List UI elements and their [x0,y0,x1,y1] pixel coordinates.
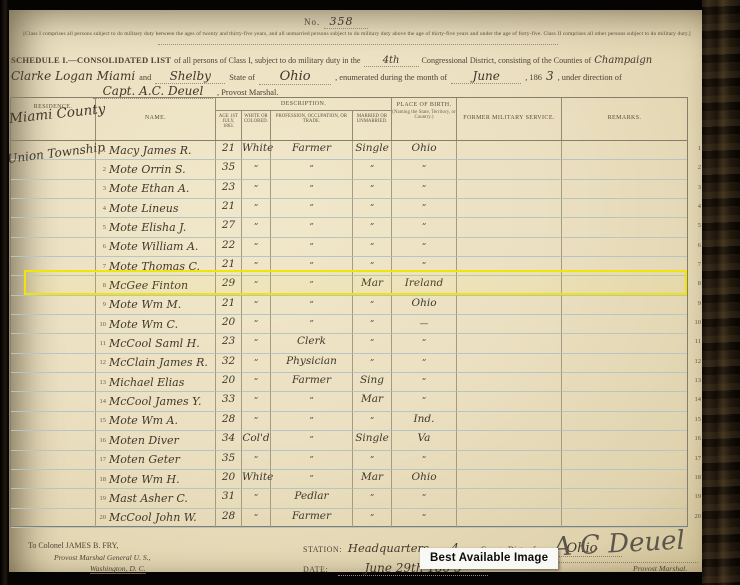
row-number-right: 2 [698,164,701,171]
age-cell: 28 [216,509,242,528]
married-cell: Single [353,431,392,450]
table-row: 17Moten Geter35””””17 [11,451,687,470]
profession-cell: ” [271,296,353,315]
birthplace-cell: ” [392,509,457,528]
row-number-left: 20 [97,514,106,521]
residence-cell [11,296,96,315]
profession-cell: Farmer [271,373,353,392]
table-row: 7Mote Thomas C.21””””7 [11,257,687,276]
married-cell: Mar [353,470,392,489]
age-cell: 20 [216,373,242,392]
row-number-left: 4 [97,205,106,212]
remarks-cell [562,160,687,179]
military-cell [457,489,562,508]
name-value: McCool John W. [109,512,197,523]
direction-label: , under direction of [558,73,622,82]
residence-cell [11,431,96,450]
birthplace-cell: Ohio [392,470,457,489]
color-cell: ” [242,276,271,295]
profession-cell: ” [271,160,353,179]
military-cell [457,334,562,353]
row-number-left: 15 [97,417,106,424]
married-cell: Mar [353,392,392,411]
schedule-line-2: Clarke Logan Miami and Shelby State of O… [11,69,705,85]
table-row: 10Mote Wm C.20”””—10 [11,315,687,334]
military-cell [457,451,562,470]
profession-cell: ” [271,412,353,431]
military-cell [457,276,562,295]
document-page: No. 358 [Class I comprises all persons s… [8,10,706,572]
signature-line [556,562,698,563]
name-value: McGee Finton [109,280,188,291]
married-cell: ” [353,199,392,218]
birthplace-cell: Ohio [392,141,457,160]
name-value: Mote Ethan A. [109,183,189,194]
form-number-value: 358 [324,15,368,29]
table-row: 9Mote Wm M.21”””Ohio9 [11,296,687,315]
name-cell: 11McCool Saml H. [96,334,216,353]
profession-cell: ” [271,180,353,199]
age-cell: 34 [216,431,242,450]
remarks-cell [562,141,687,160]
year-label: , 186 [525,73,542,82]
form-number-label: No. [304,17,320,27]
header-color: White or Colored. [242,111,271,140]
color-cell: ” [242,451,271,470]
age-cell: 35 [216,160,242,179]
district-value: 4th [364,55,419,67]
birthplace-cell: ” [392,257,457,276]
military-cell [457,199,562,218]
color-cell: ” [242,373,271,392]
color-cell: ” [242,296,271,315]
color-cell: ” [242,218,271,237]
row-number-right: 12 [695,358,702,365]
table-row: 15Mote Wm A.28”””Ind.15 [11,412,687,431]
name-cell: 10Mote Wm C. [96,315,216,334]
name-value: Michael Elias [109,377,184,388]
residence-cell [11,354,96,373]
remarks-cell [562,354,687,373]
name-cell: 17Moten Geter [96,451,216,470]
row-number-left: 5 [97,224,106,231]
remarks-cell [562,509,687,528]
best-available-image-badge: Best Available Image [420,548,558,569]
birthplace-cell: ” [392,451,457,470]
header-name: Name. [96,98,216,140]
name-value: Mote William A. [109,241,198,252]
counties-value-2: Clarke Logan Miami [11,69,135,83]
row-number-left: 10 [97,321,106,328]
married-cell: Single [353,141,392,160]
name-value: Mote Elisha J. [109,222,186,233]
dotted-separator [158,44,558,45]
row-number-right: 6 [698,242,701,249]
name-value: Mote Wm A. [109,415,178,426]
table-row: 2Mote Orrin S.35””””2 [11,160,687,179]
remarks-cell [562,257,687,276]
military-cell [457,218,562,237]
birthplace-cell: ” [392,354,457,373]
row-number-left: 7 [97,263,106,270]
row-number-left: 14 [97,398,106,405]
married-cell: ” [353,412,392,431]
birthplace-cell: ” [392,238,457,257]
name-cell: 4Mote Lineus [96,199,216,218]
residence-cell [11,451,96,470]
row-number-right: 14 [695,396,702,403]
age-cell: 20 [216,470,242,489]
table-row: 19Mast Asher C.31”Pedlar””19 [11,489,687,508]
name-cell: 12McClain James R. [96,354,216,373]
age-cell: 29 [216,276,242,295]
color-cell: ” [242,334,271,353]
age-cell: 21 [216,296,242,315]
military-cell [457,431,562,450]
counties-value-3: Shelby [155,69,225,84]
married-cell: ” [353,451,392,470]
counties-value-1: Champaign [594,55,652,66]
book-left-edge [0,0,9,585]
age-cell: 23 [216,180,242,199]
married-cell: ” [353,218,392,237]
birthplace-cell: ” [392,334,457,353]
name-value: Moten Geter [109,454,180,465]
name-cell: 8McGee Finton [96,276,216,295]
year-value: 3 [546,69,554,83]
residence-cell [11,392,96,411]
book-binding-edge [702,0,740,585]
color-cell: ” [242,160,271,179]
military-cell [457,470,562,489]
header-remarks: Remarks. [562,98,687,140]
table-row: 16Moten Diver34Col'd”SingleVa16 [11,431,687,450]
profession-cell: ” [271,238,353,257]
addressee-line-1: To Colonel JAMES B. FRY, [28,541,118,550]
name-cell: 7Mote Thomas C. [96,257,216,276]
table-row: 11McCool Saml H.23”Clerk””11 [11,334,687,353]
name-value: Mast Asher C. [109,493,188,504]
remarks-cell [562,180,687,199]
age-cell: 21 [216,199,242,218]
table-row: 20McCool John W.28”Farmer””20 [11,509,687,528]
row-number-left: 6 [97,243,106,250]
remarks-cell [562,470,687,489]
profession-cell: Clerk [271,334,353,353]
and-label: and [139,73,151,82]
married-cell: ” [353,296,392,315]
remarks-cell [562,373,687,392]
name-value: Mote Wm M. [109,299,181,310]
date-label: DATE: [303,565,328,574]
consolidated-list-table: Residence. Name. Description. Age 1st Ju… [10,97,688,527]
station-value: Headquarters [348,541,429,555]
profession-cell: ” [271,276,353,295]
row-number-left: 12 [97,359,106,366]
residence-cell [11,257,96,276]
age-cell: 31 [216,489,242,508]
color-cell: ” [242,180,271,199]
birthplace-cell: ” [392,373,457,392]
age-cell: 27 [216,218,242,237]
military-cell [457,315,562,334]
header-military: Former Military Service. [457,98,562,140]
residence-cell [11,470,96,489]
profession-cell: Pedlar [271,489,353,508]
table-row: 5Mote Elisha J.27””””5 [11,218,687,237]
married-cell: ” [353,489,392,508]
row-number-left: 2 [97,166,106,173]
military-cell [457,141,562,160]
row-number-right: 11 [695,338,701,345]
residence-cell [11,489,96,508]
remarks-cell [562,276,687,295]
military-cell [457,509,562,528]
military-cell [457,392,562,411]
table-row: 14McCool James Y.33””Mar”14 [11,392,687,411]
profession-cell: ” [271,431,353,450]
age-cell: 22 [216,238,242,257]
name-value: Mote Thomas C. [109,261,200,272]
birthplace-cell: ” [392,199,457,218]
remarks-cell [562,392,687,411]
row-number-left: 17 [97,456,106,463]
station-label: STATION: [303,545,342,554]
name-cell: 19Mast Asher C. [96,489,216,508]
married-cell: ” [353,238,392,257]
remarks-cell [562,238,687,257]
row-number-right: 8 [698,280,701,287]
profession-cell: Farmer [271,509,353,528]
married-cell: ” [353,334,392,353]
table-row: 3Mote Ethan A.23””””3 [11,180,687,199]
name-value: Mote Wm H. [109,474,180,485]
birthplace-cell: Ind. [392,412,457,431]
age-cell: 20 [216,315,242,334]
name-value: McCool Saml H. [109,338,200,349]
color-cell: Col'd [242,431,271,450]
military-cell [457,238,562,257]
military-cell [457,412,562,431]
military-cell [457,373,562,392]
married-cell: ” [353,160,392,179]
name-cell: 1Macy James R. [96,141,216,160]
remarks-cell [562,431,687,450]
residence-cell [11,373,96,392]
color-cell: White [242,141,271,160]
row-number-left: 19 [97,495,106,502]
header-profession: Profession, Occupation, or Trade. [271,111,353,140]
table-row: 12McClain James R.32”Physician””12 [11,354,687,373]
remarks-cell [562,218,687,237]
profession-cell: Physician [271,354,353,373]
row-number-right: 15 [695,416,702,423]
name-value: McCool James Y. [109,396,202,407]
row-number-left: 8 [97,282,106,289]
schedule-text-2: Congressional District, consisting of th… [422,56,592,65]
birthplace-cell: ” [392,160,457,179]
profession-cell: Farmer [271,141,353,160]
row-number-right: 1 [698,145,701,152]
color-cell: ” [242,354,271,373]
table-row: 6Mote William A.22””””6 [11,238,687,257]
row-number-right: 9 [698,300,701,307]
row-number-left: 9 [97,301,106,308]
remarks-cell [562,412,687,431]
age-cell: 21 [216,141,242,160]
name-cell: 15Mote Wm A. [96,412,216,431]
military-cell [457,160,562,179]
row-number-right: 3 [698,184,701,191]
remarks-cell [562,296,687,315]
name-value: Mote Lineus [109,203,178,214]
married-cell: Sing [353,373,392,392]
state-value: Ohio [259,69,331,85]
name-cell: 16Moten Diver [96,431,216,450]
married-cell: ” [353,315,392,334]
table-header: Residence. Name. Description. Age 1st Ju… [11,98,687,141]
color-cell: ” [242,238,271,257]
color-cell: ” [242,412,271,431]
color-cell: ” [242,489,271,508]
birthplace-cell: ” [392,392,457,411]
row-number-right: 5 [698,222,701,229]
residence-cell [11,180,96,199]
military-cell [457,354,562,373]
remarks-cell [562,451,687,470]
remarks-cell [562,334,687,353]
color-cell: ” [242,199,271,218]
description-subheaders: Age 1st July, 1863. White or Colored. Pr… [216,111,391,140]
name-value: Moten Diver [109,435,179,446]
birthplace-cell: — [392,315,457,334]
row-number-right: 19 [695,493,702,500]
signature-title: Provost Marshal. [633,564,687,573]
name-cell: 18Mote Wm H. [96,470,216,489]
color-cell: White [242,470,271,489]
name-cell: 6Mote William A. [96,238,216,257]
row-number-left: 18 [97,476,106,483]
residence-cell [11,412,96,431]
birthplace-cell: Ireland [392,276,457,295]
profession-cell: ” [271,218,353,237]
residence-cell [11,509,96,528]
profession-cell: ” [271,392,353,411]
row-number-right: 18 [695,474,702,481]
row-number-right: 10 [695,319,702,326]
residence-cell [11,238,96,257]
row-number-left: 3 [97,185,106,192]
residence-cell [11,276,96,295]
form-number-line: No. 358 [304,15,368,28]
row-number-right: 4 [698,203,701,210]
name-cell: 13Michael Elias [96,373,216,392]
header-description-group: Description. Age 1st July, 1863. White o… [216,98,392,140]
name-cell: 9Mote Wm M. [96,296,216,315]
color-cell: ” [242,315,271,334]
header-age: Age 1st July, 1863. [216,111,242,140]
age-cell: 23 [216,334,242,353]
table-row: 13Michael Elias20”FarmerSing”13 [11,373,687,392]
married-cell: ” [353,180,392,199]
name-value: McClain James R. [109,357,208,368]
table-row: 4Mote Lineus21””””4 [11,199,687,218]
addressee-line-3: Washington, D. C. [90,564,146,574]
age-cell: 21 [216,257,242,276]
name-cell: 20McCool John W. [96,509,216,528]
row-number-right: 17 [695,455,702,462]
profession-cell: ” [271,257,353,276]
married-cell: ” [353,354,392,373]
row-number-left: 13 [97,379,106,386]
birthplace-cell: ” [392,180,457,199]
row-number-right: 20 [695,513,702,520]
age-cell: 32 [216,354,242,373]
married-cell: ” [353,509,392,528]
age-cell: 33 [216,392,242,411]
profession-cell: ” [271,199,353,218]
profession-cell: ” [271,470,353,489]
age-cell: 35 [216,451,242,470]
row-number-right: 13 [695,377,702,384]
schedule-text-1: of all persons of Class I, subject to do… [174,56,360,65]
row-number-left: 16 [97,437,106,444]
birthplace-cell: Ohio [392,296,457,315]
class-definition-note: [Class I comprises all persons subject t… [8,31,706,37]
color-cell: ” [242,257,271,276]
birthplace-cell: Va [392,431,457,450]
residence-cell [11,199,96,218]
birthplace-cell: ” [392,218,457,237]
addressee-line-2: Provost Marshal General U. S., [54,553,151,562]
name-cell: 2Mote Orrin S. [96,160,216,179]
name-cell: 3Mote Ethan A. [96,180,216,199]
enumerated-label: , enumerated during the month of [335,73,447,82]
age-cell: 28 [216,412,242,431]
row-number-right: 16 [695,435,702,442]
remarks-cell [562,199,687,218]
birthplace-cell: ” [392,489,457,508]
month-value: June [451,69,521,84]
schedule-line-1: SCHEDULE I.—CONSOLIDATED LIST of all per… [11,55,705,67]
row-number-left: 11 [97,340,106,347]
military-cell [457,257,562,276]
profession-cell: ” [271,315,353,334]
name-value: Macy James R. [109,145,192,156]
residence-cell [11,218,96,237]
table-body: 1Macy James R.21WhiteFarmerSingleOhio12M… [11,141,687,528]
header-birthplace: Place of Birth. (Naming the State, Terri… [392,98,457,140]
name-value: Mote Wm C. [109,319,178,330]
military-cell [457,180,562,199]
table-row: 1Macy James R.21WhiteFarmerSingleOhio1 [11,141,687,160]
military-cell [457,296,562,315]
name-cell: 14McCool James Y. [96,392,216,411]
color-cell: ” [242,509,271,528]
remarks-cell [562,315,687,334]
table-row: 18Mote Wm H.20White”MarOhio18 [11,470,687,489]
name-cell: 5Mote Elisha J. [96,218,216,237]
header-description: Description. [216,98,391,111]
residence-cell [11,334,96,353]
residence-cell [11,315,96,334]
row-number-right: 7 [698,261,701,268]
marshal-signature: A C Deuel [552,526,685,563]
remarks-cell [562,489,687,508]
marshal-label: , Provost Marshal. [217,88,278,97]
name-value: Mote Orrin S. [109,164,186,175]
header-married: Married or Unmarried. [353,111,391,140]
